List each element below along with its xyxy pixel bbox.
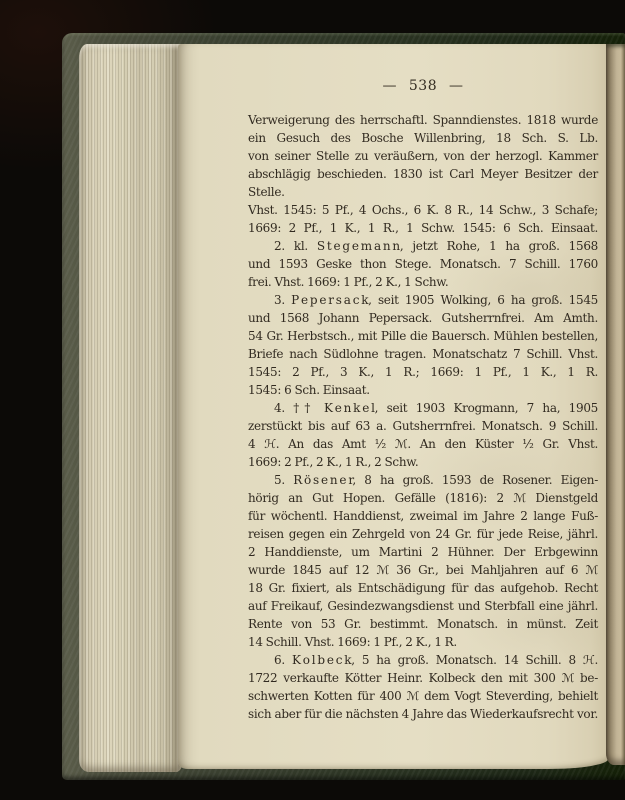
text-line: 1722 verkaufte Kötter Heinr. Kolbeck den… (248, 669, 598, 687)
text-line: 1545: 2 Pf., 3 K., 1 R.; 1669: 1 Pf., 1 … (248, 363, 598, 381)
text-line: für wöchentl. Handdienst, zweimal im Jah… (248, 507, 598, 525)
text-line: 1669: 2 Pf., 2 K., 1 R., 2 Schw. (248, 453, 598, 471)
page-text-column: — 538 — Verweigerung des herrschaftl. Sp… (248, 44, 598, 723)
text-line: 1545: 6 Sch. Einsaat. (248, 381, 598, 399)
book-page: — 538 — Verweigerung des herrschaftl. Sp… (178, 44, 608, 769)
text-line: 18 Gr. fixiert, als Entschädigung für da… (248, 579, 598, 597)
text-line: Briefe nach Südlohne tragen. Monatschatz… (248, 345, 598, 363)
text-line: auf Freikauf, Gesindezwangsdienst und St… (248, 597, 598, 615)
text-line: und 1568 Johann Pepersack. Gutsherrnfrei… (248, 309, 598, 327)
text-line: schwerten Kotten für 400 ℳ dem Vogt Stev… (248, 687, 598, 705)
page-edge-stack (79, 44, 182, 772)
text-line: 2 Handdienste, um Martini 2 Hühner. Der … (248, 543, 598, 561)
page-number: — 538 — (248, 77, 598, 95)
text-line: 6. K o l b e c k, 5 ha groß. Monatsch. 1… (248, 651, 598, 669)
page-text: Verweigerung des herrschaftl. Spanndiens… (248, 111, 598, 723)
text-line: abschlägig beschieden. 1830 ist Carl Mey… (248, 165, 598, 201)
text-line: 1669: 2 Pf., 1 K., 1 R., 1 Schw. 1545: 6… (248, 219, 598, 237)
text-line: reisen gegen ein Zehrgeld von 24 Gr. für… (248, 525, 598, 543)
text-line: 3. P e p e r s a c k, seit 1905 Wolking,… (248, 291, 598, 309)
text-line: wurde 1845 auf 12 ℳ 36 Gr., bei Mahljahr… (248, 561, 598, 579)
text-line: frei. Vhst. 1669: 1 Pf., 2 K., 1 Schw. (248, 273, 598, 291)
text-line: Vhst. 1545: 5 Pf., 4 Ochs., 6 K. 8 R., 1… (248, 201, 598, 219)
text-line: 2. kl. S t e g e m a n n, jetzt Rohe, 1 … (248, 237, 598, 255)
text-line: 54 Gr. Herbstsch., mit Pille die Bauersc… (248, 327, 598, 345)
text-line: hörig an Gut Hopen. Gefälle (1816): 2 ℳ … (248, 489, 598, 507)
page-gutter-shadow (606, 44, 625, 765)
text-line: 14 Schill. Vhst. 1669: 1 Pf., 2 K., 1 R. (248, 633, 598, 651)
text-line: Rente von 53 Gr. bestimmt. Monatsch. in … (248, 615, 598, 633)
text-line: von seiner Stelle zu veräußern, von der … (248, 147, 598, 165)
text-line: und 1593 Geske thon Stege. Monatsch. 7 S… (248, 255, 598, 273)
text-line: 4 ℋ. An das Amt ½ ℳ. An den Küster ½ Gr.… (248, 435, 598, 453)
text-line: ein Gesuch des Bosche Willenbring, 18 Sc… (248, 129, 598, 147)
text-line: Verweigerung des herrschaftl. Spanndiens… (248, 111, 598, 129)
text-line: sich aber für die nächsten 4 Jahre das W… (248, 705, 598, 723)
text-line: 5. R ö s e n e r, 8 ha groß. 1593 de Ros… (248, 471, 598, 489)
text-line: zerstückt bis auf 63 a. Gutsherrnfrei. M… (248, 417, 598, 435)
text-line: 4. †† K e n k e l, seit 1903 Krogmann, 7… (248, 399, 598, 417)
